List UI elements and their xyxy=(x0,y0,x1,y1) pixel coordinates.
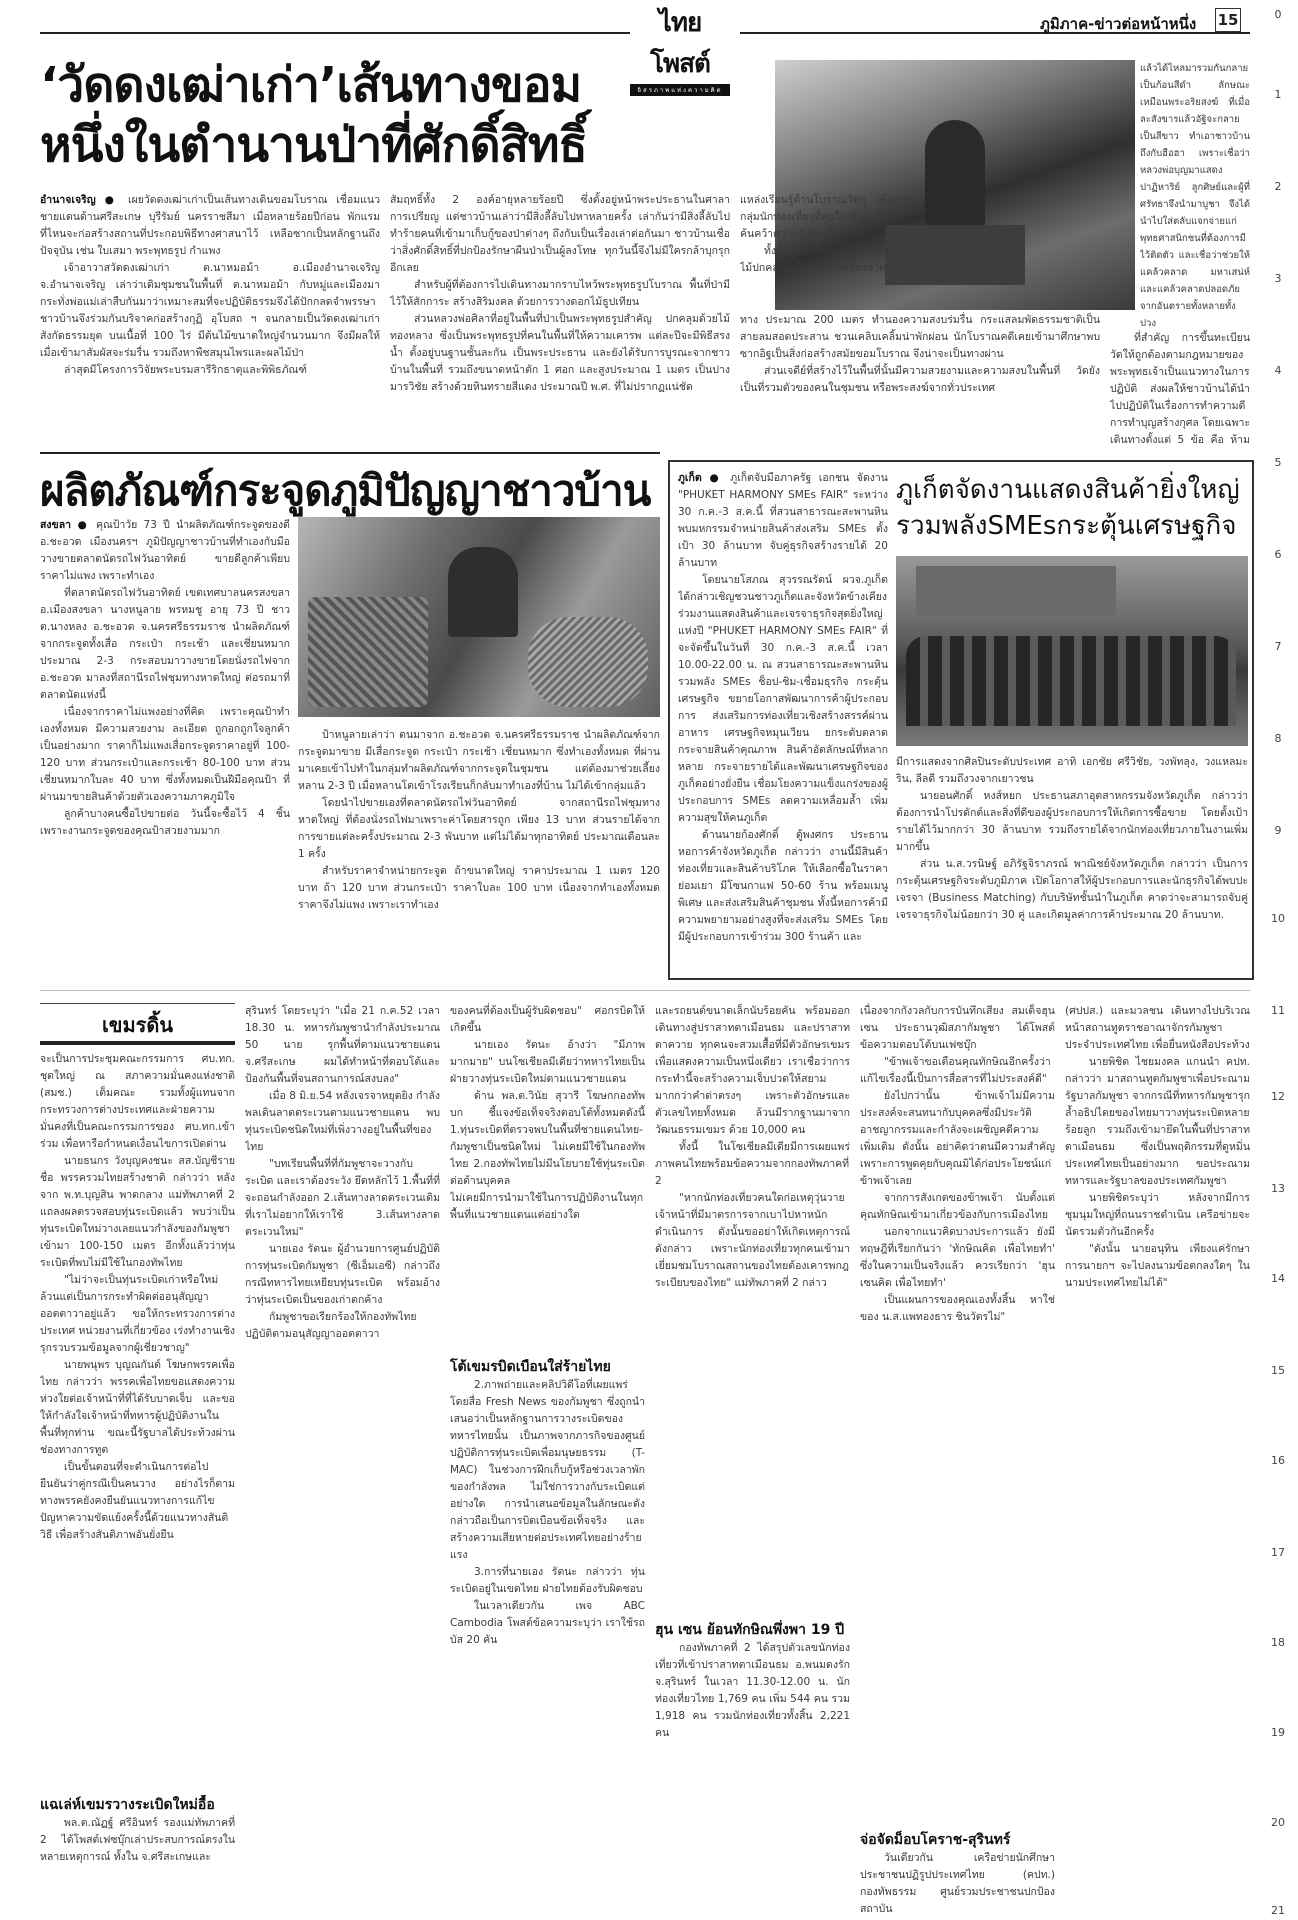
line-number: 7 xyxy=(1268,640,1288,653)
story4-col1-bottom: แฉเล่ห์เขมรวางระเบิดใหม่อื้อ พล.ต.ณัฏฐ์ … xyxy=(40,1795,235,1920)
line-number: 20 xyxy=(1268,1816,1288,1829)
story-krajood-products: ผลิตภัณฑ์กระจูดภูมิปัญญาชาวบ้าน สงขลา ● … xyxy=(40,455,660,955)
story1-dateline: อำนาจเจริญ ● xyxy=(40,194,119,206)
story1-col1: อำนาจเจริญ ● เผยวัดดงเฒ่าเก่าเป็นเส้นทาง… xyxy=(40,192,380,452)
story4-col4-bottom: ฮุน เซน ย้อนทักษิณพึ่งพา 19 ปี กองทัพภาค… xyxy=(655,1620,850,1920)
column-title-block: เขมรดิ้น xyxy=(40,1003,235,1048)
line-number: 3 xyxy=(1268,272,1288,285)
story2-col1: สงขลา ● คุณป้าวัย 73 ปี นำผลิตภัณฑ์กระจู… xyxy=(40,517,290,955)
line-number: 2 xyxy=(1268,180,1288,193)
subhead-khmer-distortion: โต้เขมรบิดเบือนใส่ร้ายไทย xyxy=(450,1357,645,1377)
subhead-hun-sen-thaksin: ฮุน เซน ย้อนทักษิณพึ่งพา 19 ปี xyxy=(655,1620,850,1640)
story2-headline: ผลิตภัณฑ์กระจูดภูมิปัญญาชาวบ้าน xyxy=(40,465,650,517)
column-title-bottom-rule xyxy=(40,1041,235,1045)
story2-dateline: สงขลา ● xyxy=(40,519,90,531)
stage-banner xyxy=(916,566,1116,616)
story1-headline-line1: ‘วัดดงเฒ่าเก่า’เส้นทางขอม xyxy=(40,58,581,112)
line-number: 18 xyxy=(1268,1636,1288,1649)
story-phuket-smes-fair: ภูเก็ต ● ภูเก็ตจับมือภาครัฐ เอกชน จัดงาน… xyxy=(668,460,1254,980)
story4-col2: สุรินทร์ โดยระบุว่า "เมื่อ 21 ก.ค.52 เวล… xyxy=(245,1003,440,1920)
line-number: 13 xyxy=(1268,1182,1288,1195)
line-number: 5 xyxy=(1268,456,1288,469)
story4-col5-bottom: จ่อจัดม็อบโคราช-สุรินทร์ วันเดียวกัน เคร… xyxy=(860,1830,1055,1920)
story-khmer-din: เขมรดิ้น จะเป็นการประชุมคณะกรรมการ ศบ.ทก… xyxy=(40,995,1250,1920)
page-number: 15 xyxy=(1215,8,1241,32)
story3-dateline: ภูเก็ต ● xyxy=(678,472,723,484)
group-people xyxy=(906,636,1236,726)
line-number: 8 xyxy=(1268,732,1288,745)
line-number: 12 xyxy=(1268,1090,1288,1103)
story3-photo-group xyxy=(896,556,1248,746)
story1-col3: แหล่งเรียนรู้ด้านโบราณวัตถุ เพื่อเปิดกลุ… xyxy=(740,192,910,312)
line-number: 14 xyxy=(1268,1272,1288,1285)
masthead: ไทยโพสต์ อิสรภาพแห่งความคิด ภูมิภาค-ข่าว… xyxy=(40,0,1250,40)
section-divider xyxy=(40,452,660,454)
column-title-top-rule xyxy=(40,1003,235,1004)
line-number: 4 xyxy=(1268,364,1288,377)
story3-col1: ภูเก็ต ● ภูเก็ตจับมือภาครัฐ เอกชน จัดงาน… xyxy=(678,470,888,970)
story3-col2: มีการแสดงจากศิลปินระดับประเทศ อาทิ เอกชั… xyxy=(896,754,1248,974)
line-number: 15 xyxy=(1268,1364,1288,1377)
rolled-mats xyxy=(308,597,428,707)
story4-col5: เนื่องจากกังวลกับการบันทึกเสียง สมเด็จฮุ… xyxy=(860,1003,1055,1823)
story3-headline-line2: รวมพลังSMEsกระตุ้นเศรษฐกิจ xyxy=(896,508,1237,544)
masthead-rule-left xyxy=(40,32,630,34)
story4-col4: และรถยนต์ขนาดเล็กนับร้อยคัน พร้อมออกเดิน… xyxy=(655,1003,850,1613)
line-number: 11 xyxy=(1268,1004,1288,1017)
woven-baskets xyxy=(528,617,648,707)
story1-headline-line2: หนึ่งในตำนานป่าที่ศักดิ์สิทธิ์ xyxy=(40,118,587,172)
subhead-khmer-new-mines: แฉเล่ห์เขมรวางระเบิดใหม่อื้อ xyxy=(40,1795,235,1815)
bottom-section-top-rule xyxy=(40,990,1250,991)
vendor-figure xyxy=(448,547,518,637)
story2-col2: ป้าหนูลายเล่าว่า ตนมาจาก อ.ชะอวด จ.นครศร… xyxy=(298,727,660,955)
line-number: 0 xyxy=(1268,8,1288,21)
line-number-gutter: 0 1 2 3 4 5 6 7 8 9 10 11 12 13 14 15 16… xyxy=(1268,0,1298,1920)
column-title: เขมรดิ้น xyxy=(40,1009,235,1041)
story4-col3-bottom: โต้เขมรบิดเบือนใส่ร้ายไทย 2.ภาพถ่ายและคล… xyxy=(450,1357,645,1920)
story1-col3-bottom: ทาง ประมาณ 200 เมตร ทำนองความสงบร่มรื่น … xyxy=(740,312,1100,452)
story4-col1: จะเป็นการประชุมคณะกรรมการ ศบ.ทก. ชุดใหญ่… xyxy=(40,1051,235,1791)
line-number: 6 xyxy=(1268,548,1288,561)
line-number: 17 xyxy=(1268,1546,1288,1559)
line-number: 21 xyxy=(1268,1904,1288,1917)
line-number: 16 xyxy=(1268,1454,1288,1467)
story1-col4-side: แล้วได้ไหลมารวมกันกลายเป็นก้อนสีดำ ลักษณ… xyxy=(1140,60,1250,360)
story4-col3: ของคนที่ต้องเป็นผู้รับผิดชอบ" ศอกรบิดให้… xyxy=(450,1003,645,1353)
line-number: 10 xyxy=(1268,912,1288,925)
story4-col6: (ศปปส.) และมวลชน เดินทางไปบริเวณหน้าสถาน… xyxy=(1065,1003,1250,1920)
line-number: 1 xyxy=(1268,88,1288,101)
line-number: 19 xyxy=(1268,1726,1288,1739)
story2-photo-krajood-vendor xyxy=(298,517,660,717)
subhead-korat-surin-protest: จ่อจัดม็อบโคราช-สุรินทร์ xyxy=(860,1830,1055,1850)
line-number: 9 xyxy=(1268,824,1288,837)
story1-col4-bottom: ที่สำคัญ การขึ้นทะเบียนวัดให้ถูกต้องตามก… xyxy=(1110,330,1250,450)
statue-silhouette xyxy=(925,120,985,230)
story-wat-dong-thao-kao: ‘วัดดงเฒ่าเก่า’เส้นทางขอม หนึ่งในตำนานป่… xyxy=(40,50,1250,450)
story3-headline-line1: ภูเก็ตจัดงานแสดงสินค้ายิ่งใหญ่ xyxy=(896,472,1240,508)
story1-col2: สัมฤทธิ์ทั้ง 2 องค์อายุหลายร้อยปี ซึ่งตั… xyxy=(390,192,730,452)
section-name: ภูมิภาค-ข่าวต่อหน้าหนึ่ง xyxy=(1040,12,1196,36)
